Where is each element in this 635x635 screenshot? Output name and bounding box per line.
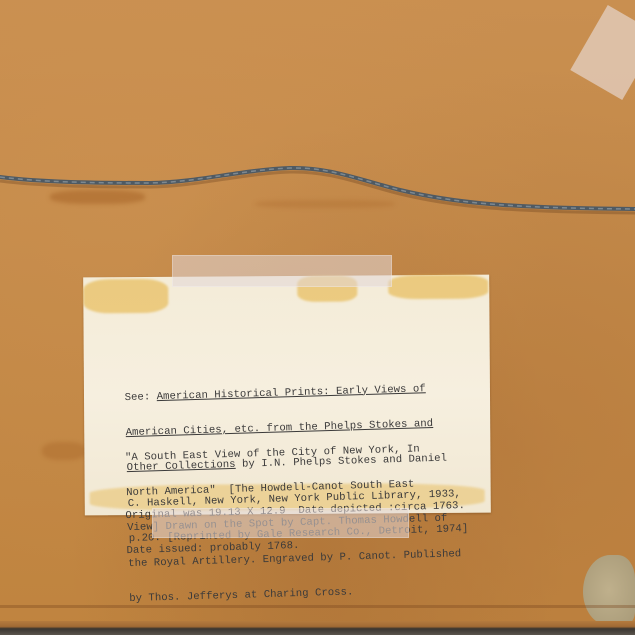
- tape-top: [172, 255, 392, 287]
- citation-title: American Historical Prints: Early Views …: [157, 383, 426, 403]
- tape-bottom: [152, 508, 409, 538]
- water-stain: [42, 442, 86, 460]
- torn-patch: [583, 555, 635, 625]
- hanging-wire: [0, 150, 635, 230]
- tape-stain: [83, 279, 168, 314]
- print-title-line: "A South East View of the City of New Yo…: [125, 443, 458, 465]
- tape-stain: [388, 275, 488, 300]
- see-prefix: See:: [124, 391, 156, 404]
- date-issued-line: Date issued: probably 1768.: [126, 536, 466, 558]
- print-credit-line: by Thos. Jefferys at Charing Cross.: [129, 584, 462, 606]
- typed-label: See: American Historical Prints: Early V…: [83, 275, 491, 516]
